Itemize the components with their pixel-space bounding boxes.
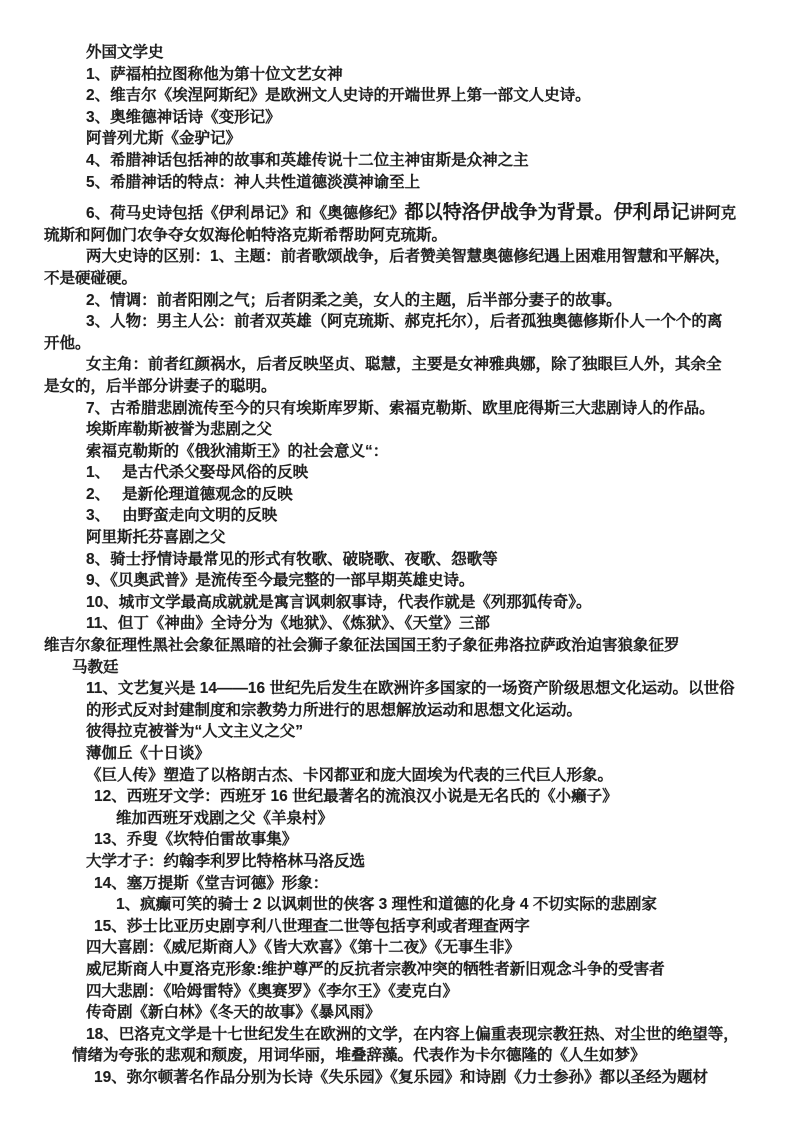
text-segment: 2、 是新伦理道德观念的反映 xyxy=(86,486,293,503)
text-line: 11、文艺复兴是 14——16 世纪先后发生在欧洲许多国家的一场资产阶级思想文化… xyxy=(86,678,773,700)
text-line: 2、情调：前者阳刚之气；后者阴柔之美，女人的主题，后半部分妻子的故事。 xyxy=(86,290,773,312)
emphasized-text-segment: 都以特洛伊战争为背景。伊利昂记 xyxy=(405,202,690,223)
text-line: 传奇剧《新白林》《冬天的故事》《暴风雨》 xyxy=(86,1002,773,1024)
text-line: 彼得拉克被誉为“人文主义之父” xyxy=(86,721,773,743)
text-line: 两大史诗的区别：1、主题：前者歌颂战争，后者赞美智慧奥德修纪遇上困难用智慧和平解… xyxy=(86,246,773,268)
text-line: 四大喜剧：《威尼斯商人》《皆大欢喜》《第十二夜》《无事生非》 xyxy=(86,937,773,959)
text-segment: 埃斯库勒斯被誉为悲剧之父 xyxy=(86,421,272,438)
text-line: 阿普列尤斯《金驴记》 xyxy=(86,128,773,150)
text-segment: 10、城市文学最高成就就是寓言讽刺叙事诗，代表作就是《列那狐传奇》。 xyxy=(86,594,592,611)
text-segment: 19、弥尔顿著名作品分别为长诗《失乐园》《复乐园》和诗剧《力士参孙》都以圣经为题… xyxy=(94,1069,708,1086)
text-segment: 11、文艺复兴是 14——16 世纪先后发生在欧洲许多国家的一场资产阶级思想文化… xyxy=(86,680,734,697)
text-segment: 女主角：前者红颜祸水，后者反映坚贞、聪慧，主要是女神雅典娜，除了独眼巨人外，其余… xyxy=(86,356,722,373)
text-segment: 维吉尔象征理性黑社会象征黑暗的社会狮子象征法国国王豹子象征弗洛拉萨政治迫害狼象征… xyxy=(44,637,680,654)
text-segment: 4、希腊神话包括神的故事和英雄传说十二位主神宙斯是众神之主 xyxy=(86,152,529,169)
text-line: 12、西班牙文学：西班牙 16 世纪最著名的流浪汉小说是无名氏的《小癞子》 xyxy=(94,786,773,808)
text-segment: 四大喜剧：《威尼斯商人》《皆大欢喜》《第十二夜》《无事生非》 xyxy=(86,939,520,956)
text-segment: 7、古希腊悲剧流传至今的只有埃斯库罗斯、索福克勒斯、欧里庇得斯三大悲剧诗人的作品… xyxy=(86,400,715,417)
text-line: 15、莎士比亚历史剧亨利八世理查二世等包括亨利或者理查两字 xyxy=(94,916,773,938)
text-segment: 6、荷马史诗包括《伊利昂记》和《奥德修纪》 xyxy=(86,205,405,222)
text-line: 阿里斯托芬喜剧之父 xyxy=(86,527,773,549)
text-line: 7、古希腊悲剧流传至今的只有埃斯库罗斯、索福克勒斯、欧里庇得斯三大悲剧诗人的作品… xyxy=(86,398,773,420)
text-segment: 威尼斯商人中夏洛克形象:维护尊严的反抗者宗教冲突的牺牲者新旧观念斗争的受害者 xyxy=(86,961,665,978)
text-line: 2、维吉尔《埃涅阿斯纪》是欧洲文人史诗的开端世界上第一部文人史诗。 xyxy=(86,85,773,107)
text-line: 索福克勒斯的《俄狄浦斯王》的社会意义“： xyxy=(86,441,773,463)
text-line: 18、巴洛克文学是十七世纪发生在欧洲的文学，在内容上偏重表现宗教狂热、对尘世的绝… xyxy=(86,1024,773,1046)
text-line: 9、《贝奥武普》是流传至今最完整的一部早期英雄史诗。 xyxy=(86,570,773,592)
text-segment: 8、骑士抒情诗最常见的形式有牧歌、破晓歌、夜歌、怨歌等 xyxy=(86,551,498,568)
text-line: 琉斯和阿伽门农争夺女奴海伦帕特洛克斯希帮助阿克琉斯。 xyxy=(44,225,773,247)
text-line: 开他。 xyxy=(44,333,773,355)
text-line: 4、希腊神话包括神的故事和英雄传说十二位主神宙斯是众神之主 xyxy=(86,150,773,172)
text-segment: 5、希腊神话的特点：神人共性道德淡漠神谕至上 xyxy=(86,174,420,191)
text-segment: 12、西班牙文学：西班牙 16 世纪最著名的流浪汉小说是无名氏的《小癞子》 xyxy=(94,788,618,805)
text-segment: 开他。 xyxy=(44,335,91,352)
text-segment: 3、奥维德神话诗《变形记》 xyxy=(86,109,281,126)
text-segment: 情绪为夸张的悲观和颓废，用词华丽，堆叠辞藻。代表作为卡尔德隆的《人生如梦》 xyxy=(72,1047,646,1064)
text-line: 5、希腊神话的特点：神人共性道德淡漠神谕至上 xyxy=(86,172,773,194)
text-segment: 15、莎士比亚历史剧亨利八世理查二世等包括亨利或者理查两字 xyxy=(94,918,530,935)
text-segment: 1、萨福柏拉图称他为第十位文艺女神 xyxy=(86,66,343,83)
text-segment: 14、塞万提斯《堂吉诃德》形象： xyxy=(94,875,328,892)
text-segment: 9、《贝奥武普》是流传至今最完整的一部早期英雄史诗。 xyxy=(86,572,474,589)
text-segment: 传奇剧《新白林》《冬天的故事》《暴风雨》 xyxy=(86,1004,381,1021)
text-segment: 四大悲剧：《哈姆雷特》《奥赛罗》《李尔王》《麦克白》 xyxy=(86,983,458,1000)
text-segment: 维加西班牙戏剧之父《羊泉村》 xyxy=(116,810,333,827)
text-segment: 琉斯和阿伽门农争夺女奴海伦帕特洛克斯希帮助阿克琉斯。 xyxy=(44,227,447,244)
text-line: 2、 是新伦理道德观念的反映 xyxy=(86,484,773,506)
text-line: 10、城市文学最高成就就是寓言讽刺叙事诗，代表作就是《列那狐传奇》。 xyxy=(86,592,773,614)
text-line: 马教廷 xyxy=(72,657,773,679)
text-segment: 两大史诗的区别：1、主题：前者歌颂战争，后者赞美智慧奥德修纪遇上困难用智慧和平解… xyxy=(86,248,730,265)
text-line: 3、人物：男主人公：前者双英雄（阿克琉斯、郝克托尔），后者孤独奥德修斯仆人一个个… xyxy=(86,311,773,333)
text-line: 14、塞万提斯《堂吉诃德》形象： xyxy=(94,873,773,895)
text-segment: 13、乔叟《坎特伯雷故事集》 xyxy=(94,831,297,848)
text-line: 女主角：前者红颜祸水，后者反映坚贞、聪慧，主要是女神雅典娜，除了独眼巨人外，其余… xyxy=(86,354,773,376)
text-line: 维吉尔象征理性黑社会象征黑暗的社会狮子象征法国国王豹子象征弗洛拉萨政治迫害狼象征… xyxy=(44,635,773,657)
text-segment: 薄伽丘《十日谈》 xyxy=(86,745,210,762)
text-segment: 2、情调：前者阳刚之气；后者阴柔之美，女人的主题，后半部分妻子的故事。 xyxy=(86,292,622,309)
text-line: 19、弥尔顿著名作品分别为长诗《失乐园》《复乐园》和诗剧《力士参孙》都以圣经为题… xyxy=(94,1067,773,1089)
text-line: 1、 是古代杀父娶母风俗的反映 xyxy=(86,462,773,484)
text-segment: 彼得拉克被誉为“人文主义之父” xyxy=(86,723,303,740)
text-line: 维加西班牙戏剧之父《羊泉村》 xyxy=(116,808,773,830)
text-line: 《巨人传》塑造了以格朗古杰、卡冈都亚和庞大固埃为代表的三代巨人形象。 xyxy=(86,765,773,787)
text-line: 1、萨福柏拉图称他为第十位文艺女神 xyxy=(86,64,773,86)
text-line: 13、乔叟《坎特伯雷故事集》 xyxy=(94,829,773,851)
text-segment: 3、 由野蛮走向文明的反映 xyxy=(86,507,277,524)
text-line: 大学才子：约翰李利罗比特格林马洛反选 xyxy=(86,851,773,873)
text-segment: 《巨人传》塑造了以格朗古杰、卡冈都亚和庞大固埃为代表的三代巨人形象。 xyxy=(86,767,613,784)
text-segment: 1、 是古代杀父娶母风俗的反映 xyxy=(86,464,308,481)
text-segment: 马教廷 xyxy=(72,659,119,676)
text-line: 埃斯库勒斯被誉为悲剧之父 xyxy=(86,419,773,441)
text-line: 是女的，后半部分讲妻子的聪明。 xyxy=(44,376,773,398)
text-line: 3、奥维德神话诗《变形记》 xyxy=(86,107,773,129)
text-segment: 讲阿克 xyxy=(690,205,737,222)
text-line: 四大悲剧：《哈姆雷特》《奥赛罗》《李尔王》《麦克白》 xyxy=(86,981,773,1003)
text-block: 外国文学史1、萨福柏拉图称他为第十位文艺女神2、维吉尔《埃涅阿斯纪》是欧洲文人史… xyxy=(44,42,773,1089)
text-line: 不是硬碰硬。 xyxy=(44,268,773,290)
text-segment: 3、人物：男主人公：前者双英雄（阿克琉斯、郝克托尔），后者孤独奥德修斯仆人一个个… xyxy=(86,313,722,330)
text-line: 薄伽丘《十日谈》 xyxy=(86,743,773,765)
text-line: 11、但丁《神曲》全诗分为《地狱》、《炼狱》、《天堂》三部 xyxy=(86,613,773,635)
text-segment: 不是硬碰硬。 xyxy=(44,270,137,287)
text-segment: 是女的，后半部分讲妻子的聪明。 xyxy=(44,378,277,395)
text-segment: 11、但丁《神曲》全诗分为《地狱》、《炼狱》、《天堂》三部 xyxy=(86,615,490,632)
text-segment: 1、疯癫可笑的骑士 2 以讽刺世的侠客 3 理性和道德的化身 4 不切实际的悲剧… xyxy=(116,896,657,913)
document-page: 外国文学史1、萨福柏拉图称他为第十位文艺女神2、维吉尔《埃涅阿斯纪》是欧洲文人史… xyxy=(0,0,793,1122)
text-segment: 外国文学史 xyxy=(86,44,164,61)
text-segment: 索福克勒斯的《俄狄浦斯王》的社会意义“： xyxy=(86,443,388,460)
text-segment: 大学才子：约翰李利罗比特格林马洛反选 xyxy=(86,853,365,870)
document-title: 外国文学史 xyxy=(86,42,773,64)
text-segment: 阿普列尤斯《金驴记》 xyxy=(86,130,241,147)
text-line: 1、疯癫可笑的骑士 2 以讽刺世的侠客 3 理性和道德的化身 4 不切实际的悲剧… xyxy=(116,894,773,916)
text-line: 3、 由野蛮走向文明的反映 xyxy=(86,505,773,527)
text-line: 情绪为夸张的悲观和颓废，用词华丽，堆叠辞藻。代表作为卡尔德隆的《人生如梦》 xyxy=(72,1045,773,1067)
text-line: 6、荷马史诗包括《伊利昂记》和《奥德修纪》都以特洛伊战争为背景。伊利昂记讲阿克 xyxy=(86,202,773,225)
text-segment: 2、维吉尔《埃涅阿斯纪》是欧洲文人史诗的开端世界上第一部文人史诗。 xyxy=(86,87,591,104)
text-line: 威尼斯商人中夏洛克形象:维护尊严的反抗者宗教冲突的牺牲者新旧观念斗争的受害者 xyxy=(86,959,773,981)
text-segment: 阿里斯托芬喜剧之父 xyxy=(86,529,226,546)
text-segment: 的形式反对封建制度和宗教势力所进行的思想解放运动和思想文化运动。 xyxy=(86,702,582,719)
text-segment: 18、巴洛克文学是十七世纪发生在欧洲的文学，在内容上偏重表现宗教狂热、对尘世的绝… xyxy=(86,1026,739,1043)
text-line: 的形式反对封建制度和宗教势力所进行的思想解放运动和思想文化运动。 xyxy=(86,700,773,722)
text-line: 8、骑士抒情诗最常见的形式有牧歌、破晓歌、夜歌、怨歌等 xyxy=(86,549,773,571)
